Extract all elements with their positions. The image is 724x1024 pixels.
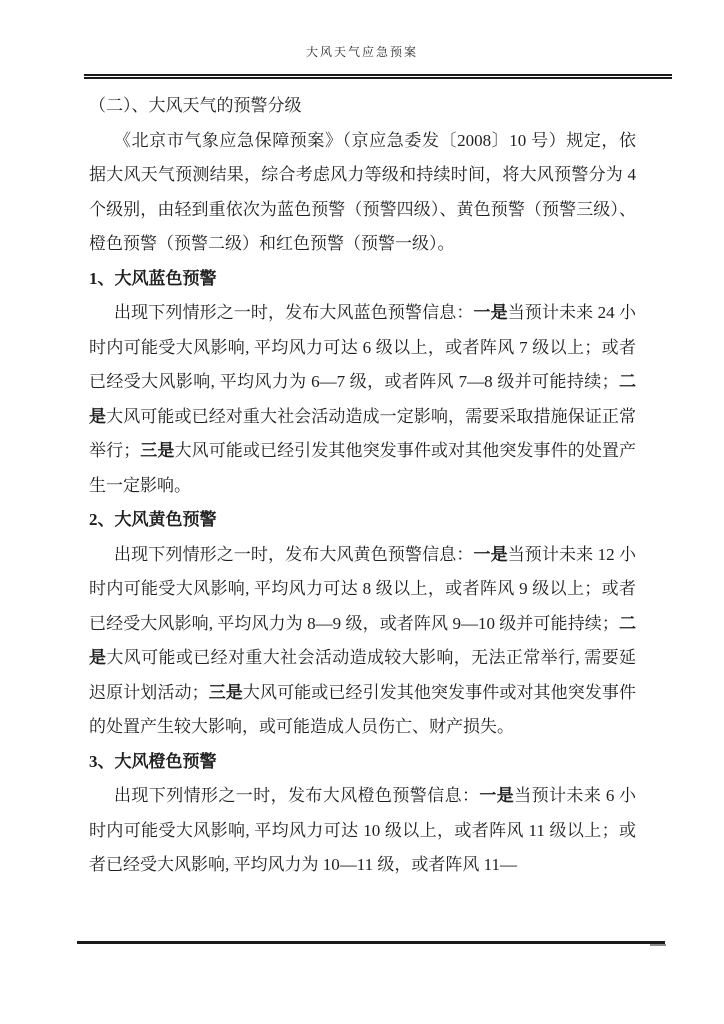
- document-page: 大风天气应急预案 （二）、大风天气的预警分级 《北京市气象应急保障预案》（京应急…: [0, 0, 724, 1024]
- footer-divider-rule: [77, 941, 665, 944]
- paragraph-segment: 三是: [140, 441, 174, 460]
- document-body: （二）、大风天气的预警分级 《北京市气象应急保障预案》（京应急委发〔2008〕1…: [89, 89, 636, 883]
- paragraph-segment: 一是: [473, 303, 507, 322]
- warning-heading-orange: 3、大风橙色预警: [89, 745, 636, 780]
- paragraph-segment: 三是: [209, 683, 243, 702]
- section-heading: （二）、大风天气的预警分级: [89, 89, 636, 124]
- paragraph-segment: 出现下列情形之一时，发布大风蓝色预警信息：: [114, 303, 473, 322]
- header-divider-rule: [84, 74, 672, 79]
- intro-paragraph: 《北京市气象应急保障预案》（京应急委发〔2008〕10 号）规定，依据大风天气预…: [89, 124, 636, 262]
- paragraph-segment: 出现下列情形之一时，发布大风黄色预警信息：: [114, 545, 473, 564]
- paragraph-segment: 出现下列情形之一时，发布大风橙色预警信息：: [114, 786, 479, 805]
- page-header-title: 大风天气应急预案: [0, 43, 724, 60]
- warning-paragraph-yellow: 出现下列情形之一时，发布大风黄色预警信息：一是当预计未来 12 小时内可能受大风…: [89, 538, 636, 745]
- paragraph-segment: 一是: [479, 786, 514, 805]
- footer-rule-end-mark: [650, 944, 666, 946]
- warning-heading-blue: 1、大风蓝色预警: [89, 262, 636, 297]
- warning-heading-yellow: 2、大风黄色预警: [89, 503, 636, 538]
- warning-paragraph-orange: 出现下列情形之一时，发布大风橙色预警信息：一是当预计未来 6 小时内可能受大风影…: [89, 779, 636, 883]
- paragraph-segment: 一是: [473, 545, 507, 564]
- warning-paragraph-blue: 出现下列情形之一时，发布大风蓝色预警信息：一是当预计未来 24 小时内可能受大风…: [89, 296, 636, 503]
